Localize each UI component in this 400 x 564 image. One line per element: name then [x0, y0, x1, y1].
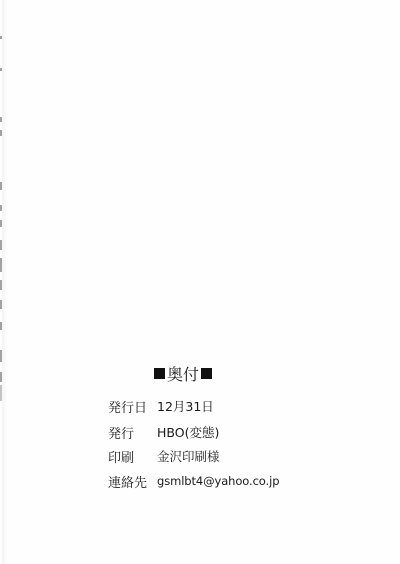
- row-value: HBO(変態): [157, 423, 219, 441]
- scan-artifact: [0, 36, 2, 39]
- black-square-icon: [201, 368, 212, 379]
- scan-artifact: [0, 258, 2, 272]
- colophon-page: 奥付 発行日 12月31日 発行 HBO(変態) 印刷 金沢印刷様 連絡先 gs…: [0, 0, 400, 564]
- scan-artifact: [0, 372, 2, 382]
- row-value: 12月31日: [157, 397, 214, 415]
- colophon-row-publisher: 発行 HBO(変態): [108, 423, 219, 441]
- row-label: 発行日: [108, 397, 157, 416]
- colophon-title-text: 奥付: [166, 362, 200, 385]
- colophon-row-printer: 印刷 金沢印刷様: [108, 447, 220, 465]
- colophon-row-publish-date: 発行日 12月31日: [108, 397, 214, 415]
- scan-artifact: [0, 68, 2, 71]
- row-label: 連絡先: [108, 472, 157, 491]
- binding-shadow: [2, 0, 8, 564]
- scan-artifact: [0, 350, 2, 362]
- scan-artifact: [0, 240, 2, 250]
- binding-scan-edge: [0, 0, 6, 564]
- scan-artifact: [0, 280, 2, 290]
- scan-artifact: [0, 205, 2, 211]
- scan-artifact: [0, 300, 2, 309]
- row-label: 印刷: [108, 447, 157, 466]
- row-label: 発行: [108, 423, 157, 442]
- row-value: 金沢印刷様: [157, 447, 220, 465]
- contact-email: gsmlbt4@yahoo.co.jp: [157, 474, 279, 488]
- scan-artifact: [0, 385, 2, 401]
- scan-artifact: [0, 130, 2, 136]
- scan-artifact: [0, 322, 2, 330]
- colophon-title: 奥付: [154, 362, 212, 385]
- black-square-icon: [154, 368, 165, 379]
- scan-artifact: [0, 220, 2, 227]
- scan-artifact: [0, 117, 2, 122]
- colophon-row-contact: 連絡先 gsmlbt4@yahoo.co.jp: [108, 472, 279, 490]
- scan-artifact: [0, 182, 2, 190]
